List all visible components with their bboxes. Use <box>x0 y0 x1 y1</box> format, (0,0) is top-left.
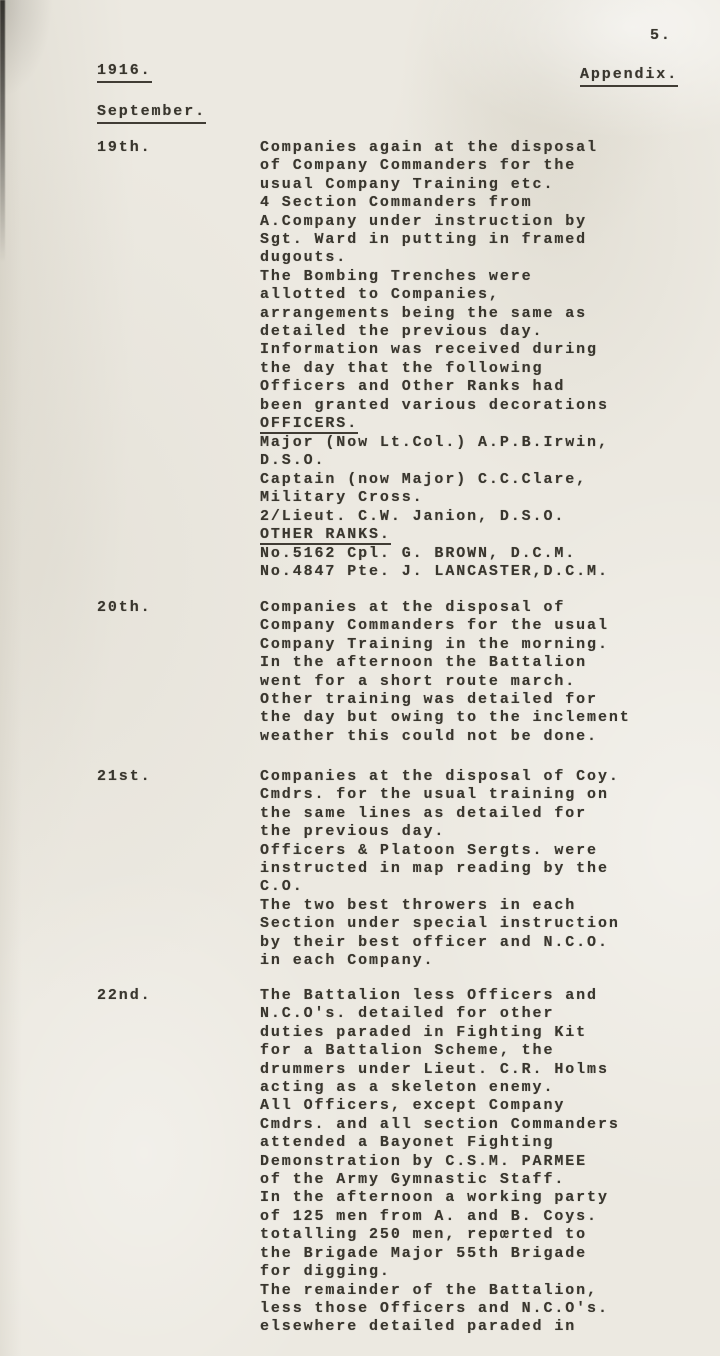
entry-line: 2/Lieut. C.W. Janion, D.S.O. <box>260 508 694 526</box>
entry-line: N.C.O's. detailed for other <box>260 1005 694 1023</box>
entry-line: of Company Commanders for the <box>260 157 694 175</box>
entry-line: of 125 men from A. and B. Coys. <box>260 1208 694 1226</box>
entry-body: Companies at the disposal of Coy.Cmdrs. … <box>260 768 694 970</box>
entry-body: The Battalion less Officers andN.C.O's. … <box>260 987 694 1337</box>
entry-line: Major (Now Lt.Col.) A.P.B.Irwin, <box>260 434 694 452</box>
diary-entry: 22nd.The Battalion less Officers andN.C.… <box>97 987 694 1337</box>
entry-line: The two best throwers in each <box>260 897 694 915</box>
entry-line: Companies at the disposal of Coy. <box>260 768 694 786</box>
entry-body: Companies again at the disposalof Compan… <box>260 139 694 582</box>
entry-line: The Bombing Trenches were <box>260 268 694 286</box>
entry-line: arrangements being the same as <box>260 305 694 323</box>
diary-entry: 21st.Companies at the disposal of Coy.Cm… <box>97 768 694 970</box>
entry-line: Demonstration by C.S.M. PARMEE <box>260 1153 694 1171</box>
entry-line: D.S.O. <box>260 452 694 470</box>
entry-body: Companies at the disposal ofCompany Comm… <box>260 599 694 746</box>
entry-line: instructed in map reading by the <box>260 860 694 878</box>
entry-line: The Battalion less Officers and <box>260 987 694 1005</box>
entry-line: drummers under Lieut. C.R. Holms <box>260 1061 694 1079</box>
entry-line: In the afternoon a working party <box>260 1189 694 1207</box>
entry-line: Officers and Other Ranks had <box>260 378 694 396</box>
entry-line: for digging. <box>260 1263 694 1281</box>
entry-line: Section under special instruction <box>260 915 694 933</box>
entry-line: OFFICERS. <box>260 415 694 434</box>
entry-line: In the afternoon the Battalion <box>260 654 694 672</box>
entry-line: the day but owing to the inclement <box>260 709 694 727</box>
entry-line: Cmdrs. for the usual training on <box>260 786 694 804</box>
entry-line: usual Company Training etc. <box>260 176 694 194</box>
entry-line: the Brigade Major 55th Brigade <box>260 1245 694 1263</box>
entry-line: Cmdrs. and all section Commanders <box>260 1116 694 1134</box>
entry-line: Companies at the disposal of <box>260 599 694 617</box>
entry-line: Captain (now Major) C.C.Clare, <box>260 471 694 489</box>
entry-line: the previous day. <box>260 823 694 841</box>
entry-line: weather this could not be done. <box>260 728 694 746</box>
entry-line: the same lines as detailed for <box>260 805 694 823</box>
entry-date: 20th. <box>97 599 152 617</box>
entry-line: All Officers, except Company <box>260 1097 694 1115</box>
underlined-subheading: OTHER RANKS. <box>260 527 391 545</box>
entry-line: for a Battalion Scheme, the <box>260 1042 694 1060</box>
entry-line: allotted to Companies, <box>260 286 694 304</box>
entry-line: Company Training in the morning. <box>260 636 694 654</box>
entry-line: elsewhere detailed paraded in <box>260 1318 694 1336</box>
entry-line: less those Officers and N.C.O's. <box>260 1300 694 1318</box>
entry-line: been granted various decorations <box>260 397 694 415</box>
diary-entry: 19th.Companies again at the disposalof C… <box>97 139 694 582</box>
entry-line: Information was received during <box>260 341 694 359</box>
entry-line: acting as a skeleton enemy. <box>260 1079 694 1097</box>
entry-line: A.Company under instruction by <box>260 213 694 231</box>
entry-line: duties paraded in Fighting Kit <box>260 1024 694 1042</box>
entry-line: C.O. <box>260 878 694 896</box>
entry-line: went for a short route march. <box>260 673 694 691</box>
entry-line: Company Commanders for the usual <box>260 617 694 635</box>
diary-entry: 20th.Companies at the disposal ofCompany… <box>97 599 694 746</box>
entry-line: the day that the following <box>260 360 694 378</box>
entry-line: Officers & Platoon Sergts. were <box>260 842 694 860</box>
entry-date: 22nd. <box>97 987 152 1005</box>
entry-line: OTHER RANKS. <box>260 526 694 545</box>
scanned-diary-page: 5. 1916. Appendix. September. 19th.Compa… <box>0 0 720 1356</box>
entries: 19th.Companies again at the disposalof C… <box>0 0 720 1356</box>
entry-date: 21st. <box>97 768 152 786</box>
entry-line: dugouts. <box>260 249 694 267</box>
entry-line: totalling 250 men, repœrted to <box>260 1226 694 1244</box>
entry-line: in each Company. <box>260 952 694 970</box>
entry-line: Sgt. Ward in putting in framed <box>260 231 694 249</box>
entry-line: Companies again at the disposal <box>260 139 694 157</box>
entry-line: Military Cross. <box>260 489 694 507</box>
entry-date: 19th. <box>97 139 152 157</box>
underlined-subheading: OFFICERS. <box>260 416 358 434</box>
entry-line: by their best officer and N.C.O. <box>260 934 694 952</box>
entry-line: No.5162 Cpl. G. BROWN, D.C.M. <box>260 545 694 563</box>
entry-line: The remainder of the Battalion, <box>260 1282 694 1300</box>
entry-line: Other training was detailed for <box>260 691 694 709</box>
entry-line: attended a Bayonet Fighting <box>260 1134 694 1152</box>
entry-line: 4 Section Commanders from <box>260 194 694 212</box>
entry-line: of the Army Gymnastic Staff. <box>260 1171 694 1189</box>
entry-line: No.4847 Pte. J. LANCASTER,D.C.M. <box>260 563 694 581</box>
entry-line: detailed the previous day. <box>260 323 694 341</box>
